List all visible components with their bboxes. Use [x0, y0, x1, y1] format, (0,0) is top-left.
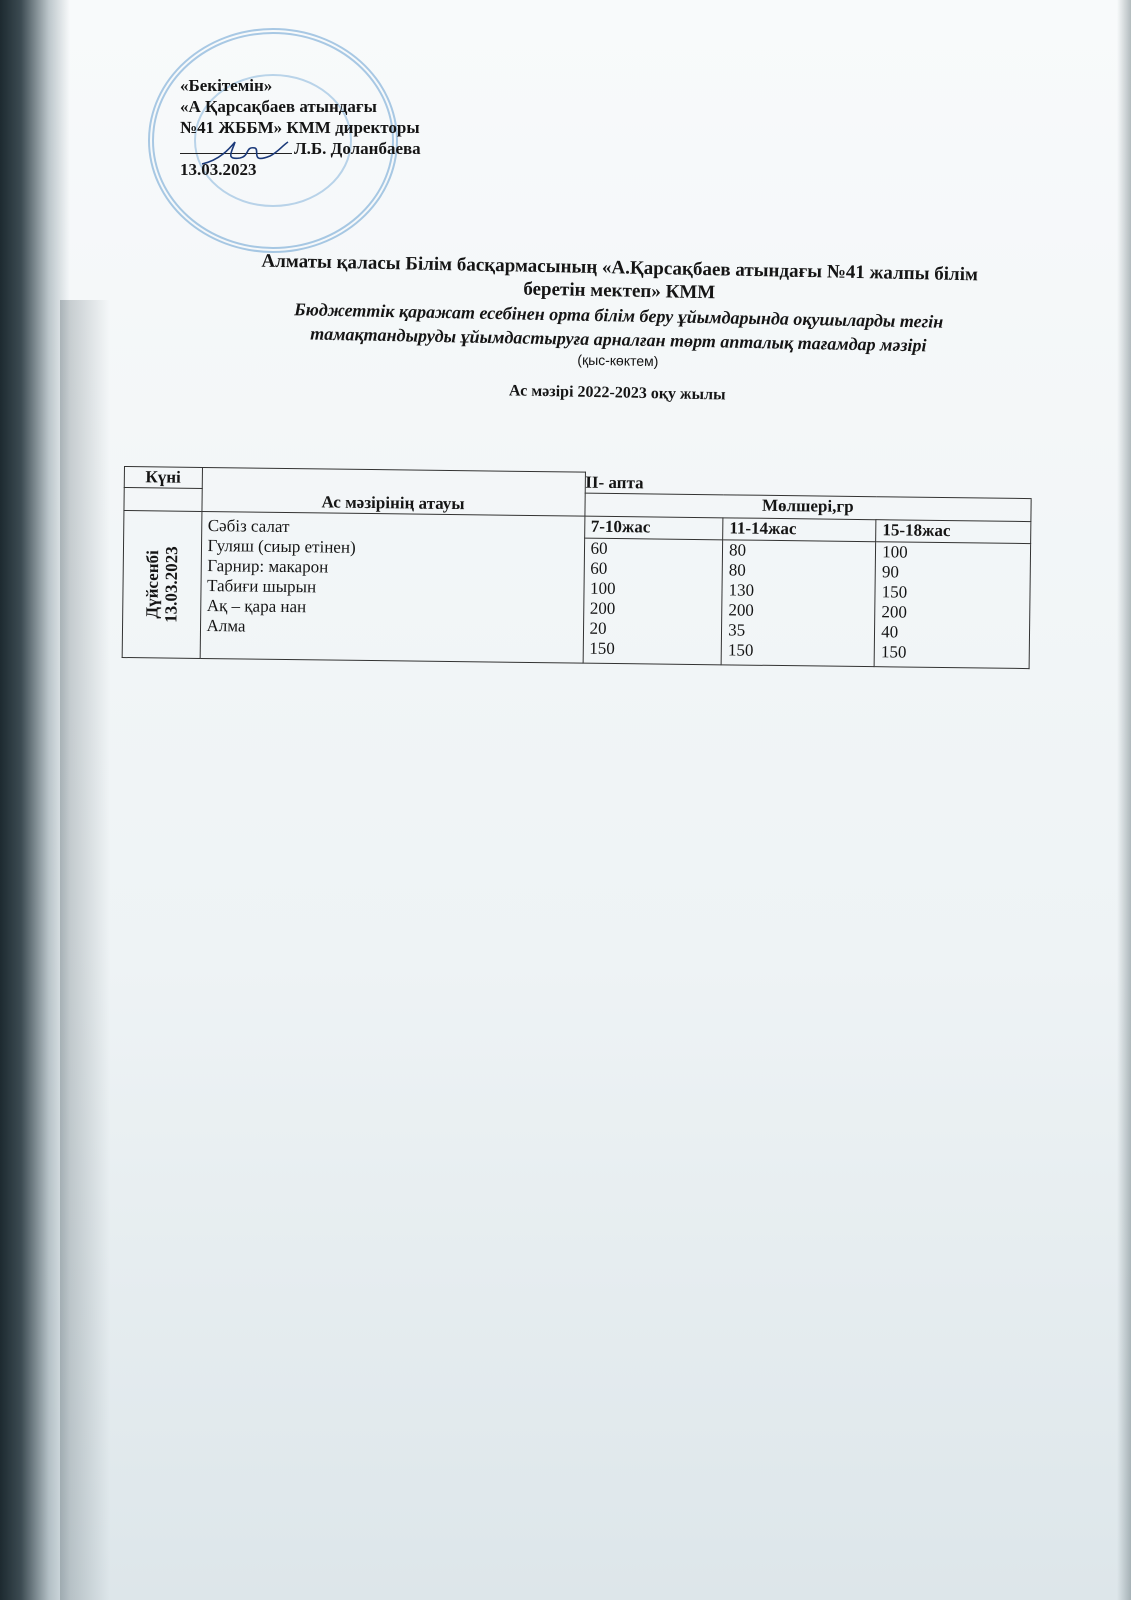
approval-school: «А Қарсақбаев атындағы	[180, 96, 421, 117]
dish-item: Алма	[206, 616, 576, 641]
age-group-11-14: 11-14жас	[723, 518, 876, 542]
header-dish-name: Ас мәзірінің атауы	[201, 467, 585, 516]
approval-position: №41 ЖББМ» КММ директоры	[180, 117, 421, 138]
values-7-10: 606010020020150	[583, 538, 723, 665]
heading-year: Ас мәзірі 2022-2023 оқу жылы	[177, 376, 1057, 411]
approval-title: «Бекітемін»	[180, 75, 421, 96]
day-cell: Дүйсенбі13.03.2023	[122, 511, 201, 659]
page-edge-shadow-soft	[60, 300, 110, 1600]
header-day-empty	[124, 488, 202, 512]
age-group-7-10: 7-10жас	[584, 516, 723, 539]
values-15-18: 1009015020040150	[874, 541, 1030, 668]
document-heading: Алматы қаласы Білім басқармасының «А.Қар…	[177, 248, 1060, 411]
page-edge-right	[1117, 0, 1131, 1600]
dish-list: Сәбіз салат Гуляш (сиыр етінен) Гарнир: …	[200, 511, 585, 663]
day-name: Дүйсенбі	[142, 550, 162, 619]
age-group-15-18: 15-18жас	[876, 520, 1031, 544]
signature-icon	[200, 138, 290, 168]
header-day: Күні	[124, 467, 202, 489]
day-date: 13.03.2023	[161, 546, 181, 623]
values-11-14: 808013020035150	[721, 540, 876, 667]
menu-table: Күні Ас мәзірінің атауы II- апта Мөлшері…	[122, 466, 1032, 669]
